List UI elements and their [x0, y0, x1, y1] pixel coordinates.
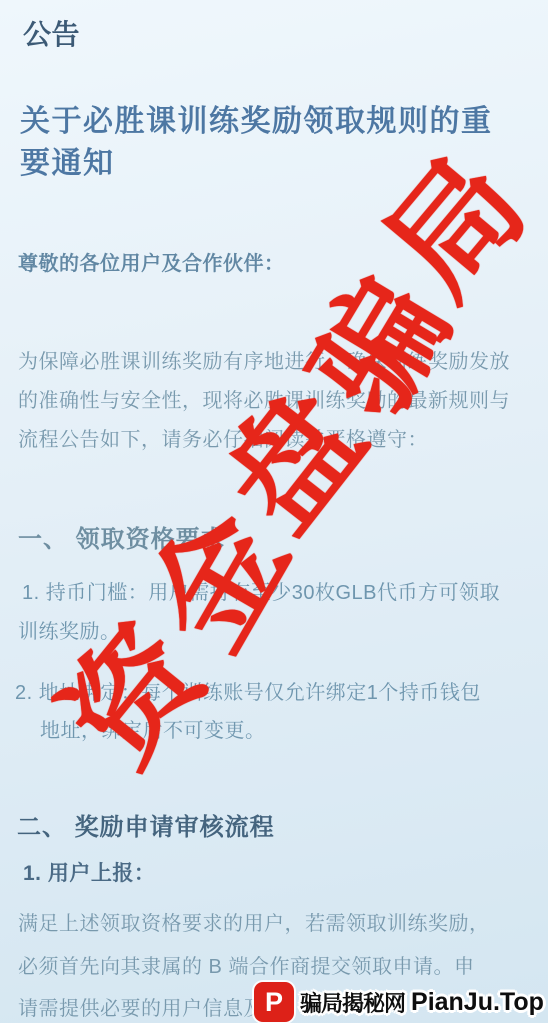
para2-line-1: 满足上述领取资格要求的用户，若需领取训练奖励，	[18, 907, 490, 936]
para2-line-2: 必须首先向其隶属的 B 端合作商提交领取申请。申	[18, 950, 474, 979]
greeting-line: 尊敬的各位用户及合作伙伴：	[18, 247, 285, 276]
watermark-domain: PianJu.Top	[411, 988, 544, 1017]
notice-title-line1: 关于必胜课训练奖励领取规则的重	[20, 96, 493, 140]
page-title: 公告	[23, 13, 80, 53]
watermark-site-name: 骗局揭秘网	[300, 987, 405, 1018]
scam-announcement-screenshot: 公告 关于必胜课训练奖励领取规则的重 要通知 尊敬的各位用户及合作伙伴： 为保障…	[0, 0, 548, 1023]
notice-title-line2: 要通知	[20, 138, 115, 182]
para2-line-3: 请需提供必要的用户信息及	[18, 992, 264, 1021]
section2-subheading: 1. 用户上报：	[23, 857, 155, 887]
section2-heading: 二、 奖励申请审核流程	[17, 807, 275, 842]
pianju-logo-icon: P	[254, 982, 294, 1022]
watermark: P 骗局揭秘网 PianJu.Top	[254, 982, 544, 1022]
